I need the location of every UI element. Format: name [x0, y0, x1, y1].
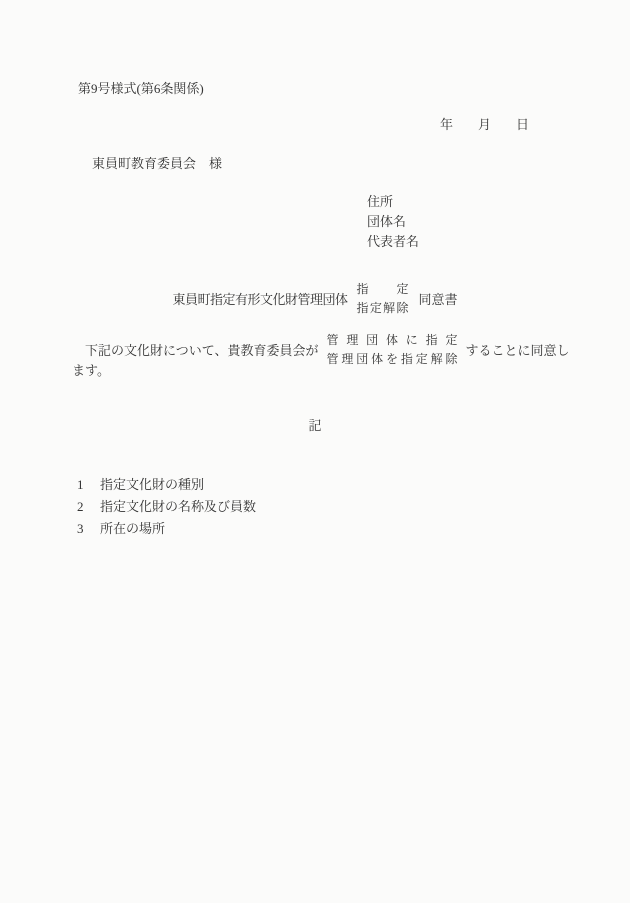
form-number: 第9号様式(第6条関係) [78, 82, 204, 95]
body-option-designation: 管理団体に指定 [326, 331, 457, 350]
document-page: 第9号様式(第6条関係) 年 月 日 東員町教育委員会 様 住所 団体名 代表者… [0, 0, 630, 903]
list-item: 1 指定文化財の種別 [77, 474, 256, 496]
body-line1-prefix: 下記の文化財について、貴教育委員会が [72, 344, 318, 357]
date-month-label: 月 [478, 118, 491, 131]
title-option-designation: 指定 [357, 280, 409, 299]
body-line2: ます。 [72, 364, 110, 377]
list-item-number: 2 [77, 496, 87, 518]
item-list: 1 指定文化財の種別 2 指定文化財の名称及び員数 3 所在の場所 [77, 474, 256, 540]
title-main-text: 東員町指定有形文化財管理団体 [172, 293, 347, 306]
list-item-number: 3 [77, 518, 87, 540]
sender-block: 住所 団体名 代表者名 [367, 192, 419, 252]
list-item: 2 指定文化財の名称及び員数 [77, 496, 256, 518]
list-item-label: 所在の場所 [100, 518, 165, 540]
sender-rep-label: 代表者名 [367, 232, 419, 252]
date-day-label: 日 [516, 118, 529, 131]
body-option-cancellation: 管理団体を指定解除 [326, 350, 457, 369]
sender-address-label: 住所 [367, 192, 419, 212]
title-option-stack: 指定 指定解除 [357, 280, 409, 318]
date-year-label: 年 [440, 118, 453, 131]
list-item-number: 1 [77, 474, 87, 496]
body-paragraph: 下記の文化財について、貴教育委員会が 管理団体に指定 管理団体を指定解除 するこ… [72, 331, 570, 369]
body-option-stack: 管理団体に指定 管理団体を指定解除 [326, 331, 457, 369]
sender-org-label: 団体名 [367, 212, 419, 232]
record-marker: 記 [0, 419, 630, 432]
body-line1-suffix: することに同意し [465, 344, 569, 357]
list-item-label: 指定文化財の種別 [100, 474, 204, 496]
list-item: 3 所在の場所 [77, 518, 256, 540]
addressee: 東員町教育委員会 様 [92, 157, 222, 170]
document-title: 東員町指定有形文化財管理団体 指定 指定解除 同意書 [0, 280, 630, 318]
title-suffix-text: 同意書 [419, 293, 458, 306]
title-option-cancellation: 指定解除 [357, 299, 409, 318]
list-item-label: 指定文化財の名称及び員数 [100, 496, 256, 518]
date-line: 年 月 日 [440, 118, 529, 131]
